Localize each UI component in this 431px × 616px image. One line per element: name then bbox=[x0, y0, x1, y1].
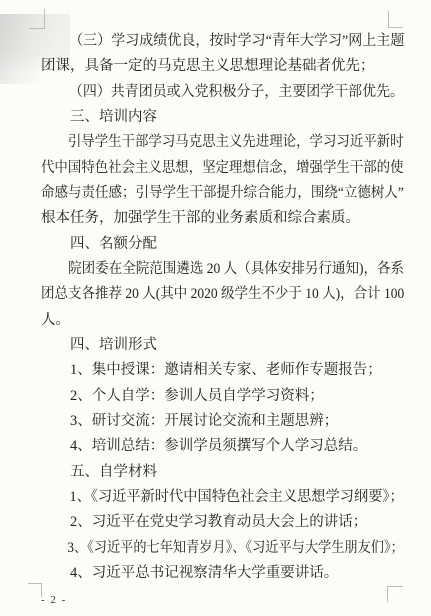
list-item: 1、集中授课：邀请相关专家、老师作专题报告； bbox=[41, 358, 404, 383]
text-boundary-mark-bottom-right bbox=[387, 586, 403, 602]
text-boundary-mark-bottom-left bbox=[28, 583, 42, 597]
list-item: 3、研讨交流：开展讨论交流和主题思辨； bbox=[41, 409, 404, 434]
document-body: （三）学习成绩优良，按时学习“青年大学习”网上主题 团课，具备一定的马克思主义思… bbox=[41, 29, 404, 586]
text-line: 引导学生干部学习马克思主义先进理论，学习习近平新时 bbox=[41, 130, 377, 155]
text-line: 人。 bbox=[41, 308, 404, 333]
section-heading: 四、培训形式 bbox=[41, 333, 404, 358]
text-line: 代中国特色社会主义思想，坚定理想信念，增强学生干部的使 bbox=[41, 156, 377, 181]
section-heading: 三、培训内容 bbox=[41, 105, 404, 130]
document-page: （三）学习成绩优良，按时学习“青年大学习”网上主题 团课，具备一定的马克思主义思… bbox=[0, 0, 431, 616]
text-boundary-mark-top-right bbox=[388, 11, 403, 28]
text-line: 命感与责任感；引导学生干部提升综合能力，围绕“立德树人” bbox=[41, 181, 379, 206]
list-item: 3、《习近平的七年知青岁月》、《习近平与大学生朋友们》； bbox=[41, 536, 371, 561]
section-heading: 四、名额分配 bbox=[41, 232, 404, 257]
list-item: 2、个人自学：参训人员自学学习资料； bbox=[41, 384, 404, 409]
list-item: 4、培训总结：参训学员须撰写个人学习总结。 bbox=[41, 434, 404, 459]
list-item: 1、《习近平新时代中国特色社会主义思想学习纲要》； bbox=[41, 485, 397, 510]
page-number: - 2 - bbox=[41, 594, 67, 606]
list-item: 2、习近平在党史学习教育动员大会上的讲话； bbox=[41, 510, 404, 535]
text-line: 院团委在全院范围遴选 20 人（具体安排另行通知)，各系 bbox=[41, 257, 380, 282]
text-line: 团总支各推荐 20 人(其中 2020 级学生不少于 10 人)，合计 100 bbox=[41, 282, 379, 307]
text-boundary-mark-top-left bbox=[29, 9, 45, 29]
text-line: （三）学习成绩优良，按时学习“青年大学习”网上主题 bbox=[41, 29, 392, 54]
text-line: 团课，具备一定的马克思主义思想理论基础者优先； bbox=[41, 54, 404, 79]
section-heading: 五、自学材料 bbox=[41, 460, 404, 485]
text-line: 根本任务，加强学生干部的业务素质和综合素质。 bbox=[41, 206, 404, 231]
list-item: 4、习近平总书记视察清华大学重要讲话。 bbox=[41, 561, 404, 586]
text-line: （四）共青团员或入党积极分子，主要团学干部优先。 bbox=[41, 80, 391, 105]
